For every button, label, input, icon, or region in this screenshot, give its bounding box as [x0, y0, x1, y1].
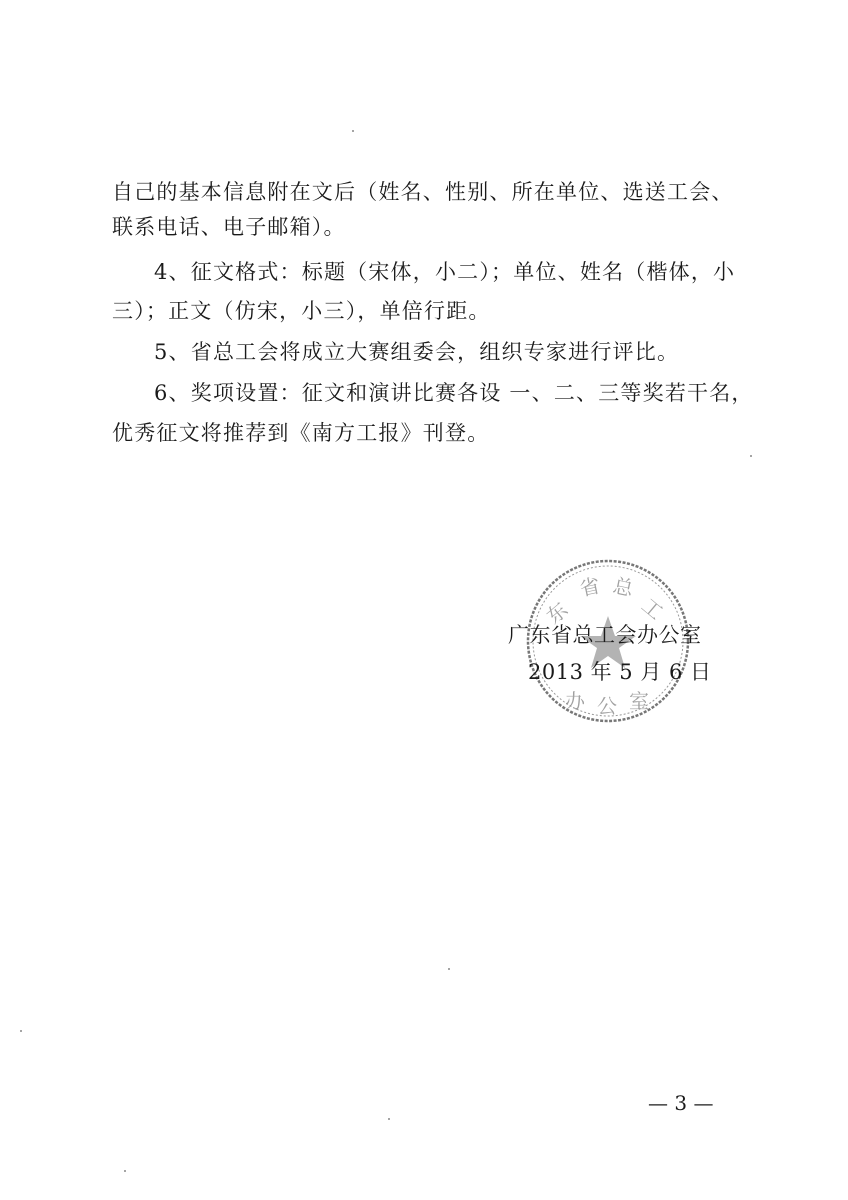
- page-number: — 3 —: [648, 1090, 713, 1116]
- signature-date: 2013 年 5 月 6 日: [528, 658, 712, 686]
- body-text-line: 联系电话、电子邮箱）。: [112, 213, 346, 241]
- scan-speck: [352, 130, 354, 132]
- body-text-line: 自己的基本信息附在文后（姓名、性别、所在单位、选送工会、: [112, 178, 734, 206]
- svg-text:室: 室: [629, 689, 649, 713]
- svg-text:省: 省: [578, 573, 603, 601]
- scan-speck: [124, 1170, 126, 1172]
- item-6-text: 6、奖项设置：征文和演讲比赛各设 一、二、三等奖若干名，: [154, 379, 754, 407]
- svg-text:工: 工: [637, 593, 668, 624]
- item-4-text: 4、征文格式：标题（宋体，小二）；单位、姓名（楷体，小: [154, 258, 735, 286]
- document-page: 自己的基本信息附在文后（姓名、性别、所在单位、选送工会、 联系电话、电子邮箱）。…: [0, 0, 848, 1200]
- body-text-line: 三）；正文（仿宋，小三），单倍行距。: [112, 297, 491, 325]
- signature-organization: 广东省总工会办公室: [508, 621, 702, 649]
- svg-text:总: 总: [611, 573, 637, 601]
- svg-text:公: 公: [597, 694, 617, 718]
- scan-speck: [750, 455, 752, 457]
- scan-speck: [388, 1118, 390, 1120]
- scan-speck: [20, 1030, 22, 1032]
- svg-text:办: 办: [565, 689, 586, 713]
- body-text-line: 优秀征文将推荐到《南方工报》刊登。: [112, 419, 489, 447]
- scan-speck: [448, 968, 450, 970]
- item-5-text: 5、省总工会将成立大赛组委会，组织专家进行评比。: [154, 338, 679, 366]
